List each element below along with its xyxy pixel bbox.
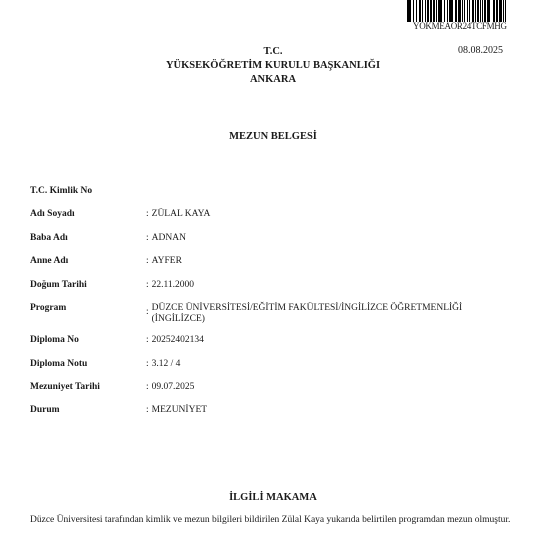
field-value: :ADNAN	[146, 233, 186, 244]
header-institution: YÜKSEKÖĞRETİM KURULU BAŞKANLIĞI	[0, 58, 538, 73]
program-line-2: (İNGİLİZCE)	[152, 314, 205, 324]
field-label: Adı Soyadı	[30, 209, 75, 220]
field-label: Durum	[30, 405, 60, 416]
colon: :	[146, 359, 149, 369]
field-value-text: 3.12 / 4	[152, 359, 181, 370]
field-label: Doğum Tarihi	[30, 280, 87, 291]
field-label: Anne Adı	[30, 256, 68, 267]
barcode-text: YOKMEAOR24TCFMHGRS	[413, 21, 507, 31]
field-value: :DÜZCE ÜNİVERSİTESİ/EĞİTİM FAKÜLTESİ/İNG…	[146, 307, 462, 325]
barcode	[407, 0, 507, 22]
field-label: Mezuniyet Tarihi	[30, 382, 100, 393]
field-value-text: AYFER	[152, 256, 182, 267]
program-line-1: DÜZCE ÜNİVERSİTESİ/EĞİTİM FAKÜLTESİ/İNGİ…	[152, 303, 463, 313]
field-label: Program	[30, 303, 66, 314]
colon: :	[146, 335, 149, 345]
colon: :	[146, 382, 149, 392]
field-value: :AYFER	[146, 256, 182, 267]
section-title-ilgili-makama: İLGİLİ MAKAMA	[0, 492, 538, 503]
field-label: Diploma No	[30, 335, 79, 346]
field-value-text: 20252402134	[152, 335, 204, 346]
field-value: :MEZUNİYET	[146, 405, 207, 416]
field-value: :22.11.2000	[146, 280, 194, 291]
footer-statement: Düzce Üniversitesi tarafından kimlik ve …	[30, 515, 510, 525]
field-value: :20252402134	[146, 335, 204, 346]
header-city: ANKARA	[0, 72, 538, 87]
field-value-text: 09.07.2025	[152, 382, 195, 393]
field-value: :ZÜLAL KAYA	[146, 209, 210, 220]
field-label: Baba Adı	[30, 233, 68, 244]
colon: :	[146, 233, 149, 243]
colon: :	[146, 307, 149, 317]
colon: :	[146, 209, 149, 219]
colon: :	[146, 256, 149, 266]
colon: :	[146, 280, 149, 290]
field-value-text: MEZUNİYET	[152, 405, 207, 416]
document-title: MEZUN BELGESİ	[0, 131, 538, 142]
field-label: Diploma Notu	[30, 359, 87, 370]
field-value-text: DÜZCE ÜNİVERSİTESİ/EĞİTİM FAKÜLTESİ/İNGİ…	[152, 303, 463, 325]
field-value: :09.07.2025	[146, 382, 194, 393]
colon: :	[146, 405, 149, 415]
field-value-text: ZÜLAL KAYA	[152, 209, 211, 220]
field-value: :3.12 / 4	[146, 359, 180, 370]
field-label: T.C. Kimlik No	[30, 186, 92, 197]
field-value-text: ADNAN	[152, 233, 186, 244]
document-date: 08.08.2025	[458, 45, 503, 57]
field-value-text: 22.11.2000	[152, 280, 194, 291]
